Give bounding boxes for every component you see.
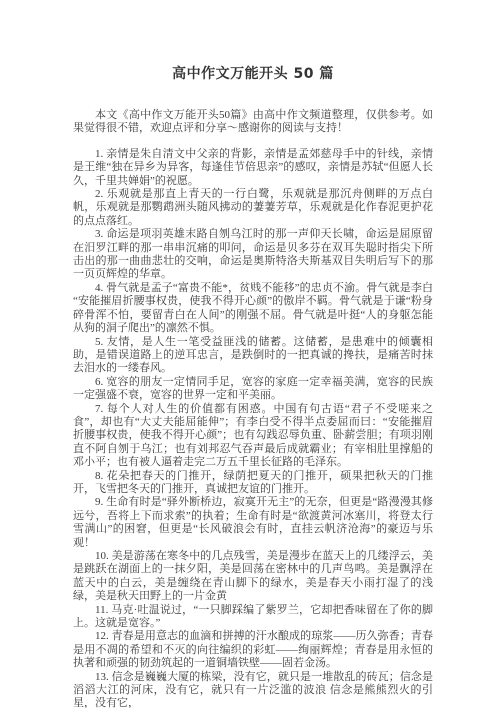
essay-opening-item: 7. 每个人对人生的价值都有困惑。中国有句古语“君子不受嗟来之食”，却也有“大丈… xyxy=(73,403,433,470)
essay-opening-item: 2. 乐观就是那直上青天的一行白鹭，乐观就是那沉舟侧畔的万点白帆，乐观就是那鹦鹉… xyxy=(73,188,433,228)
essay-opening-item: 11. 马克·吐温说过，“一只脚踩编了紫罗兰，它却把香味留在了你的脚上。这就是宽… xyxy=(73,604,433,631)
document-title: 高中作文万能开头 50 篇 xyxy=(73,66,433,82)
essay-opening-item: 9. 生命有时是“驿外断桥边，寂寞开无主”的无奈，但更是“路漫漫其修远兮，吾将上… xyxy=(73,496,433,550)
essay-opening-item: 8. 花朵把春天的门推开，绿荫把夏天的门推开，硕果把秋天的门推开，飞雪把冬天的门… xyxy=(73,470,433,497)
essay-opening-item: 3. 命运是项羽英雄末路自刎乌江时的那一声仰天长啸，命运是屈原留在汨罗江畔的那一… xyxy=(73,228,433,282)
essay-opening-item: 10. 美是游荡在寒冬中的几点残雪，美是漫步在蓝天上的几缕浮云，美是跳跃在湖面上… xyxy=(73,550,433,604)
essay-opening-item: 4. 骨气就是孟子“富贵不能*，贫贱不能移”的忠贞不渝。骨气就是李白“安能摧眉折… xyxy=(73,282,433,336)
essay-opening-item: 6. 宽容的朋友一定情同手足，宽容的家庭一定幸福美满，宽容的民族一定强盛不衰，宽… xyxy=(73,376,433,403)
essay-opening-item: 12. 青春是用意志的血滴和拼搏的汗水酿成的琼浆——历久弥香；青春是用不凋的希望… xyxy=(73,630,433,670)
essay-opening-item: 1. 亲情是朱自清文中父亲的背影，亲情是孟郊慈母手中的针线，亲情是王维“独在异乡… xyxy=(73,148,433,188)
document-page: 高中作文万能开头 50 篇 本文《高中作文万能开头50篇》由高中作文频道整理，仅… xyxy=(0,0,500,708)
essay-opening-item: 5. 友情，是人生一笔受益匪浅的储蓄。这储蓄，是患难中的倾囊相助，是错误道路上的… xyxy=(73,336,433,376)
items-list: 1. 亲情是朱自清文中父亲的背影，亲情是孟郊慈母手中的针线，亲情是王维“独在异乡… xyxy=(73,148,433,708)
intro-paragraph: 本文《高中作文万能开头50篇》由高中作文频道整理，仅供参考。如果觉得很不错，欢迎… xyxy=(73,109,433,136)
essay-opening-item: 13. 信念是巍巍大厦的栋梁，没有它，就只是一堆散乱的砖瓦；信念是滔滔大江的河床… xyxy=(73,671,433,708)
